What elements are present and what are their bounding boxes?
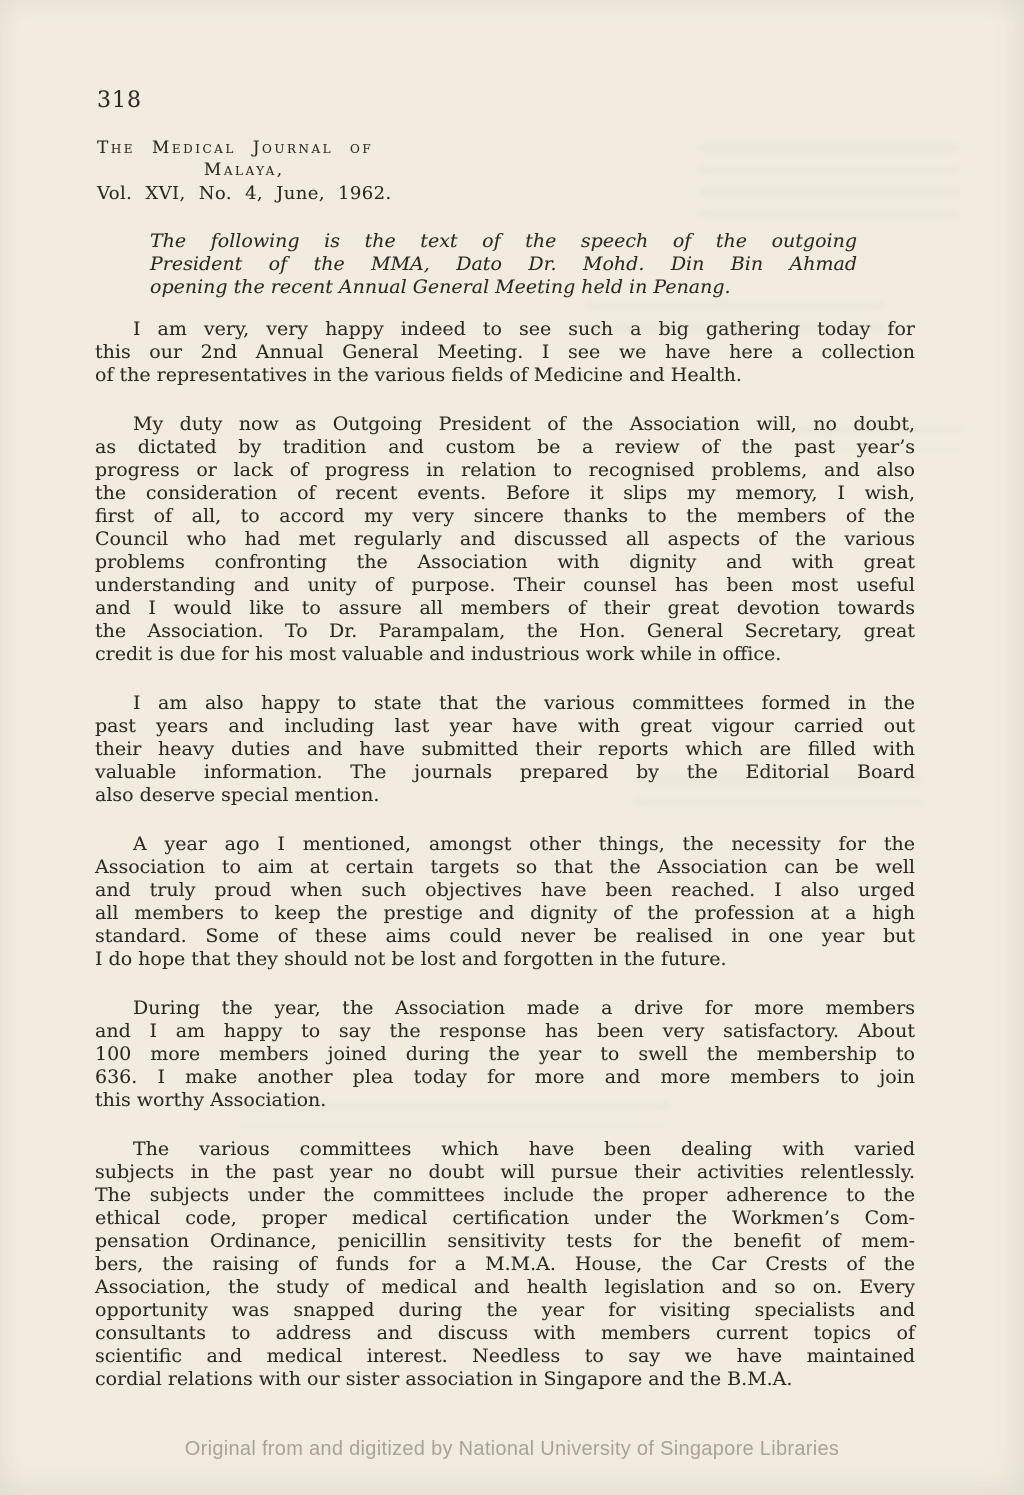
text-line: the Association. To Dr. Parampalam, the …	[95, 620, 915, 643]
text-line: first of all, to accord my very sincere …	[95, 505, 915, 528]
journal-header: The Medical Journal of Malaya, Vol. XVI,…	[97, 138, 392, 205]
text-line: and truly proud when such objectives hav…	[95, 879, 915, 902]
text-line: past years and including last year have …	[95, 715, 915, 738]
text-line: Council who had met regularly and discus…	[95, 528, 915, 551]
text-line: ethical code, proper medical certificati…	[95, 1207, 915, 1230]
text-line: and I am happy to say the response has b…	[95, 1020, 915, 1043]
text-line: During the year, the Association made a …	[95, 997, 915, 1020]
text-line: I do hope that they should not be lost a…	[95, 948, 915, 971]
scanned-journal-page: 318 The Medical Journal of Malaya, Vol. …	[0, 0, 1024, 1495]
speech-paragraph-4: A year ago I mentioned, amongst other th…	[95, 833, 915, 971]
speech-paragraph-3: I am also happy to state that the variou…	[95, 692, 915, 807]
text-line: the consideration of recent events. Befo…	[95, 482, 915, 505]
page-number: 318	[97, 88, 915, 114]
text-line: My duty now as Outgoing President of the…	[95, 413, 915, 436]
text-line: credit is due for his most valuable and …	[95, 643, 915, 666]
issue-info: Vol. XVI, No. 4, June, 1962.	[97, 183, 392, 205]
digitization-credit: Original from and digitized by National …	[0, 1437, 1024, 1461]
text-line: standard. Some of these aims could never…	[95, 925, 915, 948]
text-line: of the representatives in the various fi…	[95, 364, 915, 387]
text-line: their heavy duties and have submitted th…	[95, 738, 915, 761]
text-line: understanding and unity of purpose. Thei…	[95, 574, 915, 597]
speech-paragraph-6: The various committees which have been d…	[95, 1138, 915, 1391]
text-line: subjects in the past year no doubt will …	[95, 1161, 915, 1184]
text-line: also deserve special mention.	[95, 784, 915, 807]
text-line: opportunity was snapped during the year …	[95, 1299, 915, 1322]
text-line: A year ago I mentioned, amongst other th…	[95, 833, 915, 856]
journal-title-line2: Malaya,	[97, 160, 392, 180]
text-line: I am also happy to state that the variou…	[95, 692, 915, 715]
text-line: I am very, very happy indeed to see such…	[95, 318, 915, 341]
text-line: progress or lack of progress in relation…	[95, 459, 915, 482]
text-line: as dictated by tradition and custom be a…	[95, 436, 915, 459]
text-line: The following is the text of the speech …	[150, 230, 857, 253]
page-showthrough-ghost	[700, 138, 958, 216]
text-line: problems confronting the Association wit…	[95, 551, 915, 574]
text-line: this worthy Association.	[95, 1089, 915, 1112]
journal-title-line1: The Medical Journal of	[97, 138, 392, 158]
text-line: 636. I make another plea today for more …	[95, 1066, 915, 1089]
editorial-note: The following is the text of the speech …	[150, 230, 857, 299]
text-line: and I would like to assure all members o…	[95, 597, 915, 620]
text-line: valuable information. The journals prepa…	[95, 761, 915, 784]
text-line: all members to keep the prestige and dig…	[95, 902, 915, 925]
text-line: opening the recent Annual General Meetin…	[150, 276, 857, 299]
text-line: cordial relations with our sister associ…	[95, 1368, 915, 1391]
text-line: consultants to address and discuss with …	[95, 1322, 915, 1345]
text-line: President of the MMA, Dato Dr. Mohd. Din…	[150, 253, 857, 276]
text-line: The subjects under the committees includ…	[95, 1184, 915, 1207]
speech-paragraph-5: During the year, the Association made a …	[95, 997, 915, 1112]
text-line: bers, the raising of funds for a M.M.A. …	[95, 1253, 915, 1276]
text-line: this our 2nd Annual General Meeting. I s…	[95, 341, 915, 364]
speech-paragraph-2: My duty now as Outgoing President of the…	[95, 413, 915, 666]
text-line: scientific and medical interest. Needles…	[95, 1345, 915, 1368]
text-line: pensation Ordinance, penicillin sensitiv…	[95, 1230, 915, 1253]
speech-paragraph-1: I am very, very happy indeed to see such…	[95, 318, 915, 387]
text-line: The various committees which have been d…	[95, 1138, 915, 1161]
text-line: 100 more members joined during the year …	[95, 1043, 915, 1066]
text-line: Association to aim at certain targets so…	[95, 856, 915, 879]
text-line: Association, the study of medical and he…	[95, 1276, 915, 1299]
